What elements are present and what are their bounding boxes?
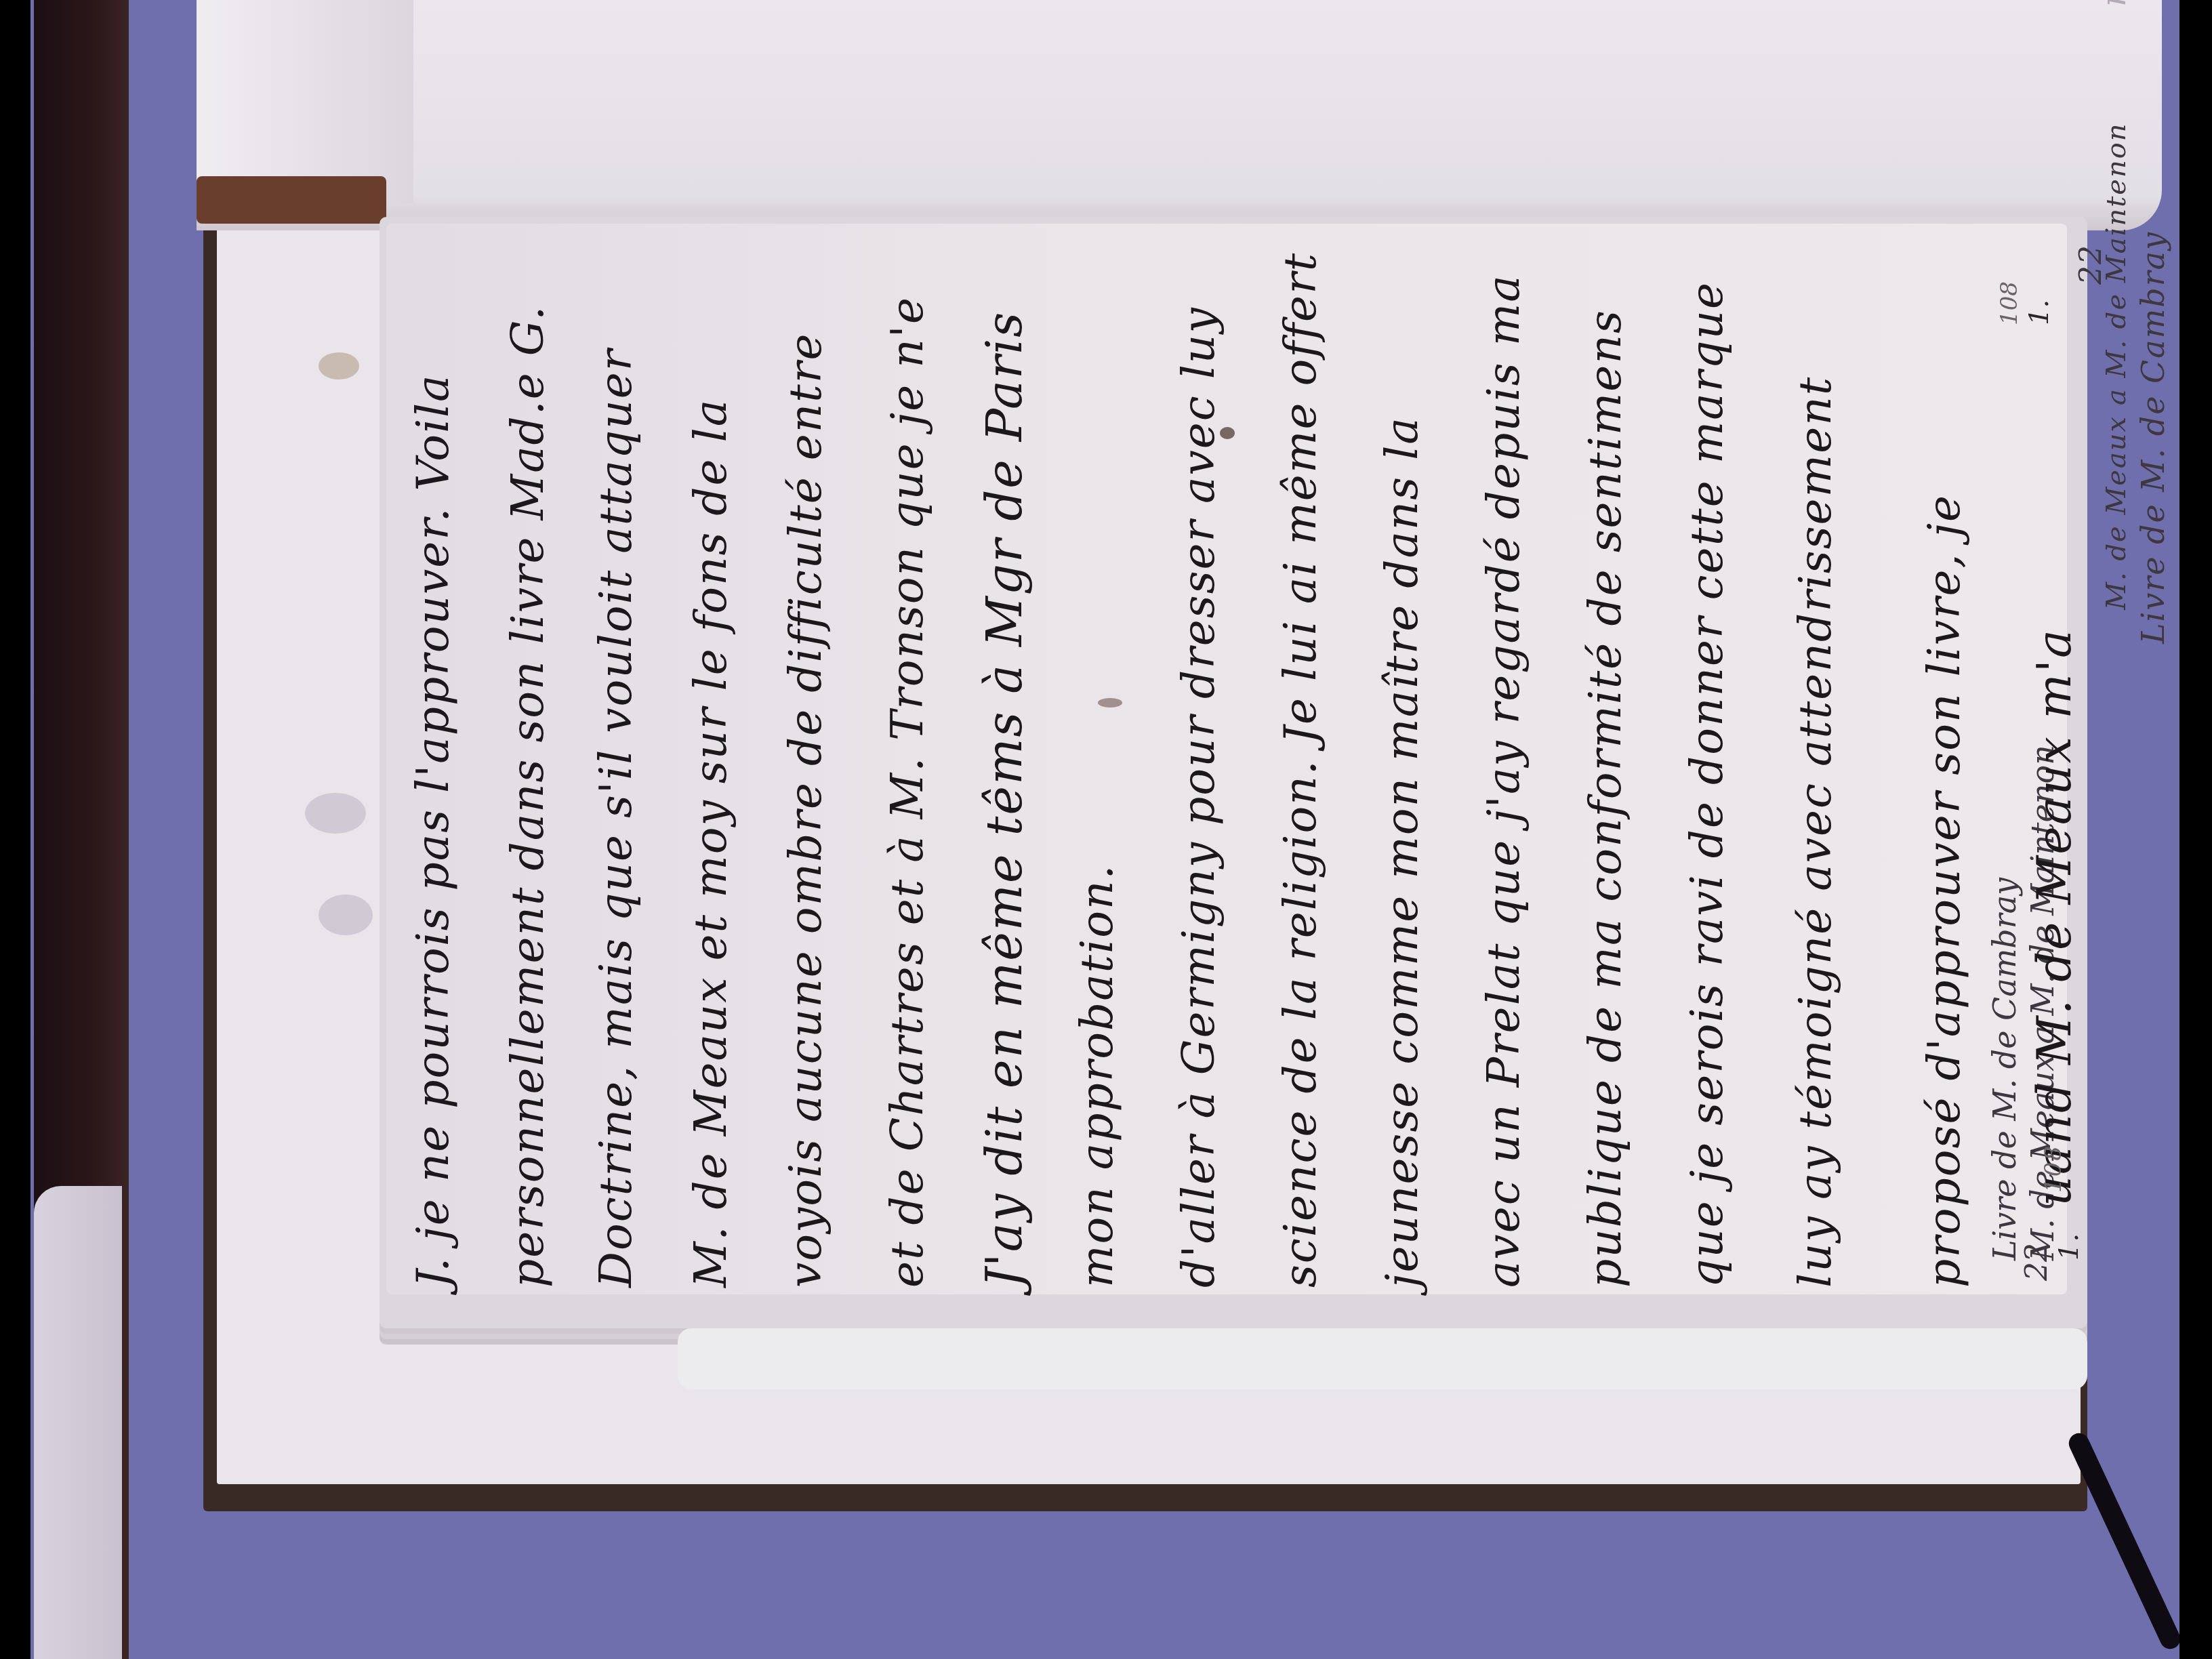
manuscript-line: personnellement dans son livre Mad.e G.	[501, 305, 554, 1288]
page-number-left: 22	[2074, 244, 2108, 285]
letterbox-left	[0, 0, 30, 1659]
letterbox-right	[2179, 0, 2212, 1659]
manuscript-line: Doctrine, mais que s'il vouloit attaquer	[590, 348, 642, 1288]
manuscript-line: publique de ma conformité de sentimens	[1579, 309, 1631, 1288]
torn-spine	[197, 176, 386, 224]
manuscript-line: luy ay témoigné avec attendrissement	[1789, 376, 1841, 1288]
manuscript-line: jeunesse comme mon maître dans la	[1376, 416, 1428, 1288]
paper-slip	[678, 1328, 2087, 1389]
water-stain	[305, 793, 366, 834]
upper-page: rapa ess	[197, 0, 2162, 230]
water-stain	[319, 352, 359, 380]
manuscript-line: d'aller à Germigny pour dresser avec luy	[1172, 306, 1225, 1288]
manuscript-line: M. de Meaux et moy sur le fons de la	[684, 398, 737, 1288]
margin-note-line-2: M. de Meaux a M. de Maintenon	[2101, 122, 2132, 610]
manuscript-line: que je serois ravi de donner cette marqu…	[1681, 281, 1733, 1288]
folio-number: 108 1.	[1992, 244, 2055, 325]
margin-note-line-1: Livre de M. de Cambray	[2135, 231, 2171, 644]
manuscript-line: J. je ne pourrois pas l'approuver. Voila	[407, 374, 459, 1288]
upper-page-faint-text: rapa ess	[2094, 0, 2133, 7]
margin-note-line-1: Livre de M. de Cambray	[1986, 718, 2024, 1261]
folio-small: 108	[1996, 281, 2023, 325]
manuscript-line: avec un Prelat que j'ay regardé depuis m…	[1477, 274, 1530, 1288]
book-cover-lining	[34, 1186, 122, 1659]
manuscript-line: et de Chartres et à M. Tronson que je n'…	[881, 296, 933, 1288]
folio-small: 108	[2040, 1145, 2067, 1193]
manuscript-line: uand M. de Meaux m'a	[2026, 628, 2082, 1206]
manuscript-line: voyois aucune ombre de difficulté entre	[779, 333, 832, 1288]
manuscript-line: proposé d'approuver son livre, je	[1918, 494, 1970, 1288]
upper-page-fold	[197, 0, 413, 203]
water-stain	[319, 895, 373, 935]
folio-number: 1.	[2053, 1232, 2085, 1261]
manuscript-line: J'ay dit en même têms à Mgr de Paris	[976, 311, 1033, 1288]
manuscript-line: mon approbation.	[1071, 864, 1123, 1288]
manuscript-line: science de la religion. Je lui ai même o…	[1274, 252, 1326, 1288]
folio-main: 1.	[2024, 300, 2055, 325]
